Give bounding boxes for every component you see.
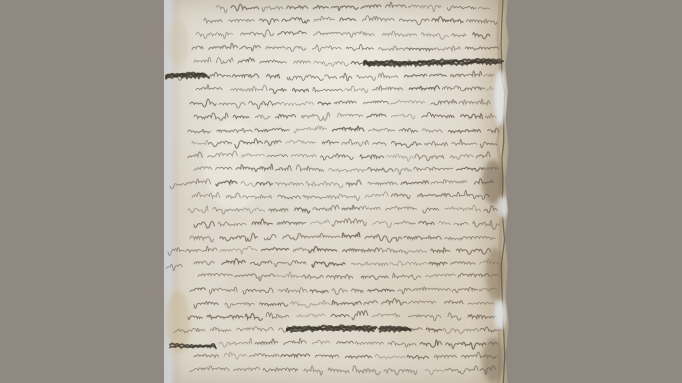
manuscript-page — [164, 0, 510, 383]
scan-background — [0, 0, 682, 383]
paper-stain — [498, 196, 508, 218]
paper-stain — [494, 300, 506, 330]
paper-stain — [494, 70, 506, 126]
handwriting-svg — [164, 0, 510, 383]
